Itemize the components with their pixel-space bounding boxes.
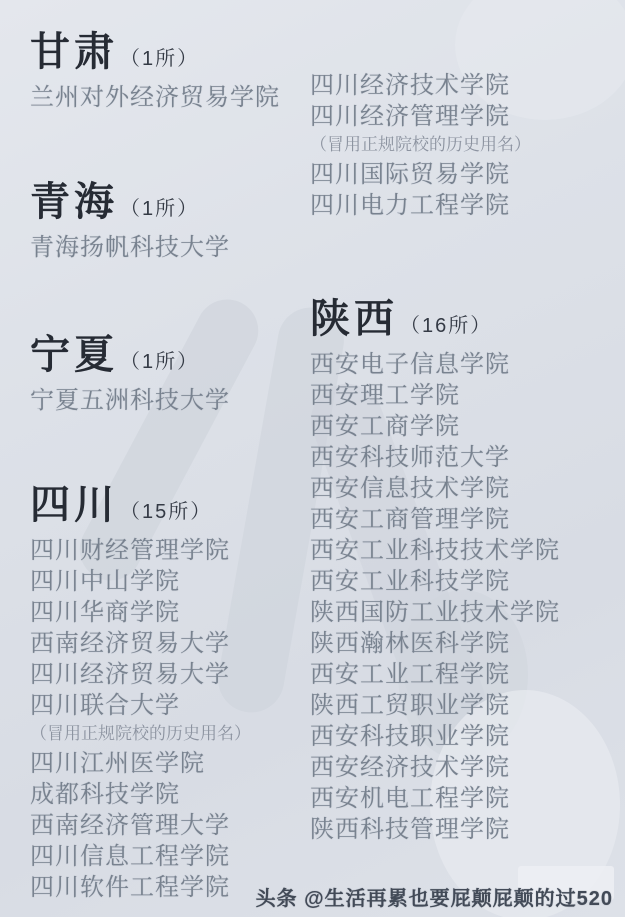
footer-credit: 头条 @生活再累也要屁颠屁颠的过520 xyxy=(256,882,613,911)
poster: 甘肃（1所）兰州对外经济贸易学院青海（1所）青海扬帆科技大学宁夏（1所）宁夏五洲… xyxy=(0,0,625,917)
school-item: 西南经济贸易大学 xyxy=(30,628,315,659)
note-item: （冒用正规院校的历史用名） xyxy=(30,721,315,748)
school-item: 四川国际贸易学院 xyxy=(310,159,622,190)
school-item: 西安机电工程学院 xyxy=(310,783,622,814)
school-item: 陕西国防工业技术学院 xyxy=(310,597,622,628)
school-item: 西南经济管理大学 xyxy=(30,810,315,841)
school-item: 西安工业科技学院 xyxy=(310,566,622,597)
province-name: 陕西 xyxy=(310,287,398,344)
school-item: 西安工商学院 xyxy=(310,411,622,442)
province-heading: 四川（15所） xyxy=(30,473,315,521)
school-item: 西安经济技术学院 xyxy=(310,752,622,783)
school-item: 宁夏五洲科技大学 xyxy=(30,385,315,416)
province-section: 青海（1所）青海扬帆科技大学 xyxy=(30,170,315,263)
school-item: 西安科技师范大学 xyxy=(310,442,622,473)
province-name: 四川 xyxy=(30,473,118,530)
school-item: 西安信息技术学院 xyxy=(310,473,622,504)
province-section: 甘肃（1所）兰州对外经济贸易学院 xyxy=(30,20,315,113)
school-item: 四川财经管理学院 xyxy=(30,535,315,566)
province-count: （1所） xyxy=(120,345,199,374)
province-count: （1所） xyxy=(120,192,199,221)
province-section: 陕西（16所）西安电子信息学院西安理工学院西安工商学院西安科技师范大学西安信息技… xyxy=(310,287,622,845)
province-count: （15所） xyxy=(120,495,212,524)
school-item: 西安工商管理学院 xyxy=(310,504,622,535)
school-item: 青海扬帆科技大学 xyxy=(30,232,315,263)
school-item: 西安工业科技技术学院 xyxy=(310,535,622,566)
school-item: 四川华商学院 xyxy=(30,597,315,628)
school-item: 四川电力工程学院 xyxy=(310,190,622,221)
school-item: 西安理工学院 xyxy=(310,380,622,411)
province-name: 青海 xyxy=(30,170,118,227)
school-item: 陕西瀚林医科学院 xyxy=(310,628,622,659)
school-item: 成都科技学院 xyxy=(30,779,315,810)
column-right: 四川经济技术学院四川经济管理学院（冒用正规院校的历史用名）四川国际贸易学院四川电… xyxy=(310,70,622,845)
school-item: 四川信息工程学院 xyxy=(30,841,315,872)
province-heading: 青海（1所） xyxy=(30,170,315,218)
school-item: 四川江州医学院 xyxy=(30,748,315,779)
school-item: 西安电子信息学院 xyxy=(310,349,622,380)
school-item: 四川经济管理学院 xyxy=(310,101,622,132)
column-left: 甘肃（1所）兰州对外经济贸易学院青海（1所）青海扬帆科技大学宁夏（1所）宁夏五洲… xyxy=(30,20,315,903)
province-section-continued: 四川经济技术学院四川经济管理学院（冒用正规院校的历史用名）四川国际贸易学院四川电… xyxy=(310,70,622,221)
province-name: 宁夏 xyxy=(30,323,118,380)
province-section: 四川（15所）四川财经管理学院四川中山学院四川华商学院西南经济贸易大学四川经济贸… xyxy=(30,473,315,903)
province-name: 甘肃 xyxy=(30,20,118,77)
province-heading: 宁夏（1所） xyxy=(30,323,315,371)
school-item: 四川经济贸易大学 xyxy=(30,659,315,690)
school-item: 西安科技职业学院 xyxy=(310,721,622,752)
school-item: 陕西科技管理学院 xyxy=(310,814,622,845)
province-heading: 甘肃（1所） xyxy=(30,20,315,68)
school-item: 四川中山学院 xyxy=(30,566,315,597)
school-item: 陕西工贸职业学院 xyxy=(310,690,622,721)
province-heading: 陕西（16所） xyxy=(310,287,622,335)
note-item: （冒用正规院校的历史用名） xyxy=(310,132,622,159)
province-section: 宁夏（1所）宁夏五洲科技大学 xyxy=(30,323,315,416)
school-item: 西安工业工程学院 xyxy=(310,659,622,690)
province-count: （16所） xyxy=(400,309,492,338)
school-item: 四川联合大学 xyxy=(30,690,315,721)
province-count: （1所） xyxy=(120,42,199,71)
school-item: 四川经济技术学院 xyxy=(310,70,622,101)
school-item: 兰州对外经济贸易学院 xyxy=(30,82,315,113)
